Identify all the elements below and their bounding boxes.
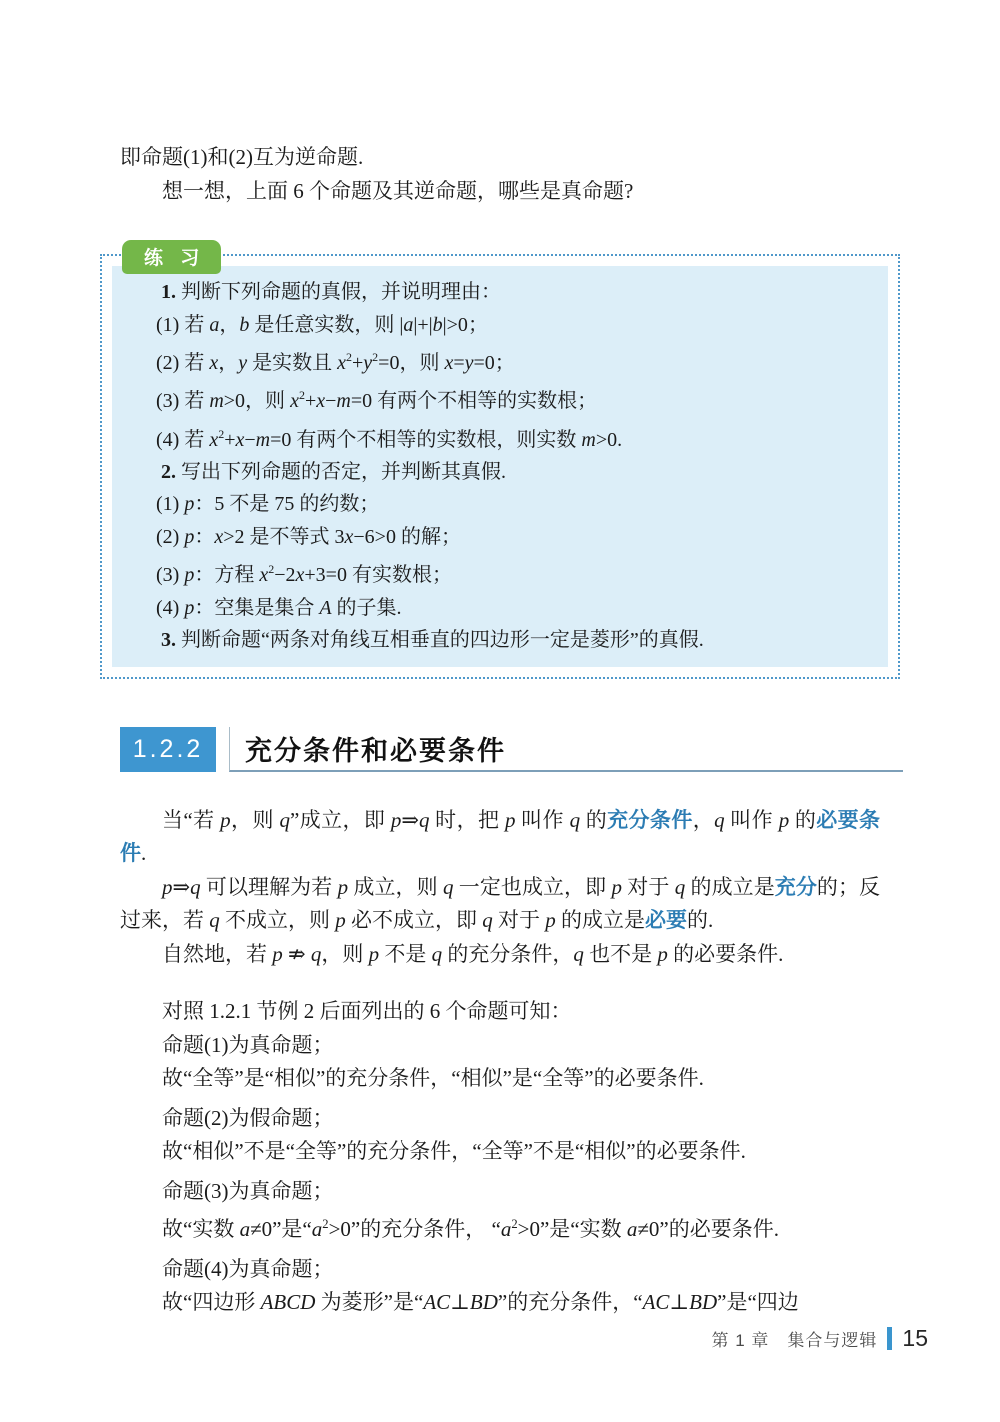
paragraph-reference: 对照 1.2.1 节例 2 后面列出的 6 个命题可知： (120, 995, 880, 1029)
practice-item-2: 2. 写出下列命题的否定，并判断其真假. (156, 456, 868, 489)
page-footer: 第 1 章 集合与逻辑 15 (712, 1325, 929, 1352)
practice-item-2-4: (4) p：空集是集合 A 的子集. (156, 592, 868, 625)
footer-divider-bar (887, 1327, 892, 1350)
practice-item-1-3: (3) 若 m>0，则 x2+x−m=0 有两个不相等的实数根； (156, 379, 868, 417)
practice-item-2-2: (2) p：x>2 是不等式 3x−6>0 的解； (156, 521, 868, 554)
intro-line-1: 即命题(1)和(2)互为逆命题. (120, 140, 880, 174)
section-number-badge: 1.2.2 (120, 727, 216, 772)
footer-page-number: 15 (902, 1325, 928, 1352)
practice-box: 练 习 1. 判断下列命题的真假，并说明理由： (1) 若 a，b 是任意实数，… (100, 254, 900, 679)
statement-1-truth: 命题(1)为真命题； (120, 1029, 880, 1063)
statement-1-conclusion: 故“全等”是“相似”的充分条件，“相似”是“全等”的必要条件. (120, 1062, 880, 1096)
practice-item-2-3: (3) p：方程 x2−2x+3=0 有实数根； (156, 553, 868, 591)
textbook-page: 即命题(1)和(2)互为逆命题. 想一想，上面 6 个命题及其逆命题，哪些是真命… (0, 0, 1000, 1320)
paragraph-definition: 当“若 p，则 q”成立，即 p⇒q 时，把 p 叫作 q 的充分条件，q 叫作… (120, 804, 880, 871)
section-title: 充分条件和必要条件 (245, 729, 506, 768)
statement-2-truth: 命题(2)为假命题； (120, 1102, 880, 1136)
practice-item-2-1: (1) p：5 不是 75 的约数； (156, 488, 868, 521)
practice-item-1-1: (1) 若 a，b 是任意实数，则 |a|+|b|>0； (156, 309, 868, 342)
section-title-box: 充分条件和必要条件 (229, 727, 903, 772)
practice-item-3: 3. 判断命题“两条对角线互相垂直的四边形一定是菱形”的真假. (156, 624, 868, 657)
statement-2-conclusion: 故“相似”不是“全等”的充分条件，“全等”不是“相似”的必要条件. (120, 1135, 880, 1169)
page-content: 即命题(1)和(2)互为逆命题. 想一想，上面 6 个命题及其逆命题，哪些是真命… (0, 0, 1000, 1320)
practice-item-1-4: (4) 若 x2+x−m=0 有两个不相等的实数根，则实数 m>0. (156, 418, 868, 456)
statement-4-truth: 命题(4)为真命题； (120, 1253, 880, 1287)
practice-item-1: 1. 判断下列命题的真假，并说明理由： (156, 276, 868, 309)
practice-item-1-2: (2) 若 x，y 是实数且 x2+y2=0，则 x=y=0； (156, 341, 868, 379)
footer-chapter-title: 第 1 章 集合与逻辑 (712, 1326, 878, 1351)
statement-3-truth: 命题(3)为真命题； (120, 1175, 880, 1209)
statement-3-conclusion: 故“实数 a≠0”是“a2>0”的充分条件， “a2>0”是“实数 a≠0”的必… (120, 1208, 880, 1247)
paragraph-explanation: p⇒q 可以理解为若 p 成立，则 q 一定也成立，即 p 对于 q 的成立是充… (120, 871, 880, 938)
intro-line-2: 想一想，上面 6 个命题及其逆命题，哪些是真命题? (120, 174, 880, 208)
section-heading: 1.2.2 充分条件和必要条件 (120, 727, 903, 772)
practice-panel: 1. 判断下列命题的真假，并说明理由： (1) 若 a，b 是任意实数，则 |a… (112, 266, 888, 667)
practice-tab-label: 练 习 (122, 240, 221, 274)
paragraph-negation: 自然地，若 p ⇏ q，则 p 不是 q 的充分条件，q 也不是 p 的必要条件… (120, 938, 880, 972)
statement-4-conclusion: 故“四边形 ABCD 为菱形”是“AC⊥BD”的充分条件，“AC⊥BD”是“四边 (120, 1286, 880, 1320)
